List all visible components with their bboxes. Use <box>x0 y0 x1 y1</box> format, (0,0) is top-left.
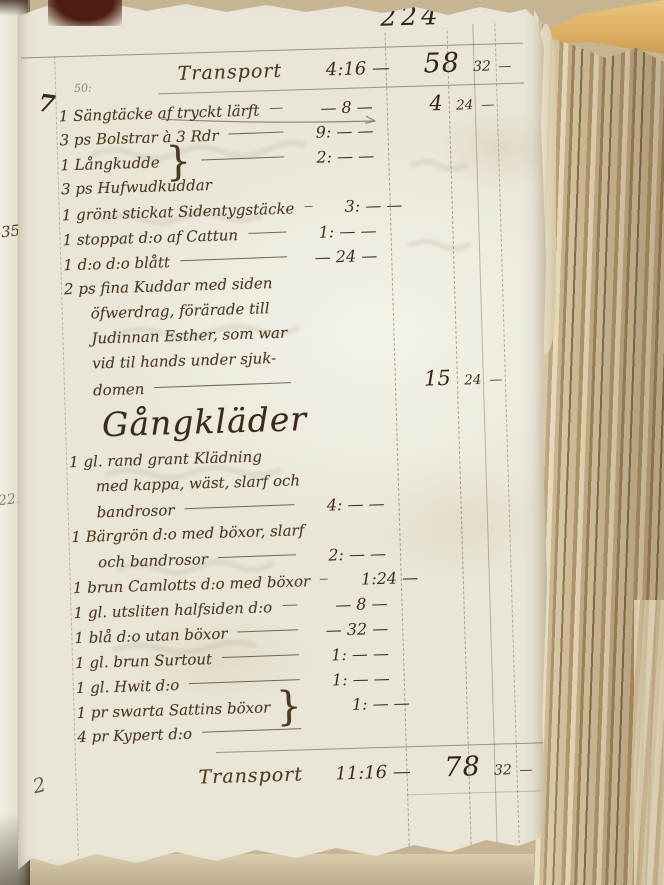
footer-subrule <box>407 790 541 795</box>
total-sk <box>482 207 506 208</box>
total-dash <box>483 306 505 307</box>
total-dash <box>495 729 517 730</box>
total-sk <box>454 133 478 134</box>
leader-line <box>222 181 285 183</box>
margin-pen-mark: 7 <box>37 88 57 119</box>
row-amount: 1: — — <box>305 666 394 694</box>
total-rdr <box>389 507 465 509</box>
total-sk <box>475 331 499 332</box>
row-amount: 1: — — <box>292 218 381 246</box>
leader-line <box>269 108 282 109</box>
row-amount: — 32 — <box>304 616 393 644</box>
total-sk <box>490 705 514 706</box>
total-dash <box>522 579 544 580</box>
total-rdr: 58 <box>393 46 470 82</box>
total-dash: — <box>494 50 517 85</box>
row-amount <box>299 458 387 461</box>
ledger-page: 224 50: 7 2 Transport 4:16 — 58 32 — 1 S… <box>18 0 548 878</box>
total-dash <box>478 157 500 158</box>
transport-label: Transport <box>57 54 282 95</box>
leader-line <box>229 132 284 135</box>
total-rdr: 4 <box>376 91 453 118</box>
page-content: 224 50: 7 2 Transport 4:16 — 58 32 — 1 S… <box>6 0 562 885</box>
row-amount: 9: — — <box>289 118 378 146</box>
total-dash <box>492 605 514 606</box>
total-sk: 32 <box>490 753 515 788</box>
total-sk <box>470 681 494 682</box>
total-dash <box>514 704 536 705</box>
total-sk <box>463 455 487 456</box>
leader-line <box>272 454 293 455</box>
row-amount: 2: — — <box>302 541 391 569</box>
row-amount: 1:24 — <box>334 565 423 593</box>
leader-line <box>320 579 328 580</box>
total-rdr <box>412 480 488 482</box>
total-sk: 32 <box>470 49 495 84</box>
total-rdr: 15 <box>384 366 461 393</box>
binding-shadow <box>0 0 28 16</box>
total-rdr <box>395 730 471 732</box>
total-rdr <box>414 706 490 708</box>
total-dash <box>478 132 500 133</box>
leader-line <box>184 504 294 509</box>
total-rdr <box>394 681 470 683</box>
row-amount: 1: — — <box>325 690 414 718</box>
total-sk <box>455 182 479 183</box>
total-rdr <box>392 631 468 633</box>
total-sk <box>488 479 512 480</box>
total-dash <box>490 555 512 556</box>
row-amount: — 8 — <box>303 591 392 619</box>
ledger-rows: 1 Sängtäcke af tryckt lärft— 8 —424—3 ps… <box>58 89 517 750</box>
leader-line <box>202 728 301 733</box>
manuscript-photo: 35. 22. <box>0 0 664 885</box>
total-dash <box>479 181 501 182</box>
leader-line <box>154 382 291 388</box>
row-amount: 3: — — <box>318 192 407 220</box>
total-dash <box>516 528 538 529</box>
total-rdr <box>381 259 457 261</box>
total-sk <box>466 556 490 557</box>
total-rdr <box>385 283 461 285</box>
row-amount <box>297 387 385 390</box>
total-sk <box>469 656 493 657</box>
total-sk <box>457 233 481 234</box>
total-rdr <box>388 357 464 359</box>
row-amount <box>324 482 412 485</box>
total-sk <box>460 282 484 283</box>
total-sk <box>468 631 492 632</box>
total-dash <box>481 232 503 233</box>
transport-label: Transport <box>78 757 303 798</box>
total-dash <box>487 454 509 455</box>
row-amount <box>300 360 388 363</box>
total-rdr <box>390 556 466 558</box>
total-rdr <box>392 606 468 608</box>
leader-line <box>222 654 299 658</box>
total-sk <box>459 307 483 308</box>
row-amount <box>307 733 395 736</box>
total-dash <box>492 630 514 631</box>
total-sk <box>454 158 478 159</box>
total-rdr <box>383 308 459 310</box>
total-rdr <box>422 581 498 583</box>
total-rdr <box>381 234 457 236</box>
entry-text: domen <box>67 377 145 404</box>
total-rdr <box>393 656 469 658</box>
table-surface <box>0 854 560 885</box>
total-dash <box>506 206 528 207</box>
row-amount <box>295 310 383 313</box>
total-sk <box>464 357 488 358</box>
total-rdr <box>379 183 455 185</box>
total-sk <box>468 606 492 607</box>
total-sk <box>457 258 481 259</box>
row-amount <box>328 532 416 535</box>
binding-shadow <box>48 0 122 26</box>
total-rdr <box>387 456 463 458</box>
row-amount: 1: — — <box>305 641 394 669</box>
row-amount <box>291 185 379 188</box>
total-dash: — <box>485 367 508 393</box>
leader-line <box>304 206 312 207</box>
total-dash <box>499 331 521 332</box>
total-dash <box>489 505 511 506</box>
total-dash <box>512 478 534 479</box>
total-rdr <box>407 208 483 210</box>
total-rdr: 78 <box>414 750 491 786</box>
row-amount: — 24 — <box>293 243 382 271</box>
transport-amount: 11:16 — <box>326 755 415 792</box>
leader-line <box>180 256 287 261</box>
transport-bottom-row: Transport 11:16 — 78 32 — <box>78 749 519 796</box>
leader-line <box>248 232 286 234</box>
corner-pen-mark: 2 <box>30 772 48 798</box>
row-amount <box>311 334 399 337</box>
total-sk <box>498 580 522 581</box>
leader-line <box>218 554 296 558</box>
total-dash <box>494 680 516 681</box>
entry-text: 4 pr Kypert d:o <box>77 722 192 750</box>
transport-amount: 4:16 — <box>306 51 395 88</box>
leader-line <box>201 156 284 160</box>
total-rdr <box>416 530 492 532</box>
total-sk: 24 <box>461 368 486 394</box>
page-number: 224 <box>380 1 443 33</box>
fore-edge-light-pages <box>634 600 664 885</box>
total-rdr <box>378 159 454 161</box>
total-dash <box>488 356 510 357</box>
total-dash: — <box>514 753 537 788</box>
leader-line <box>237 629 298 632</box>
total-dash <box>493 655 515 656</box>
leader-line <box>282 604 297 606</box>
total-rdr <box>378 134 454 136</box>
total-rdr <box>399 332 475 334</box>
total-sk <box>471 730 495 731</box>
total-sk <box>465 506 489 507</box>
total-dash <box>481 257 503 258</box>
total-dash <box>484 281 506 282</box>
row-amount: 4: — — <box>300 491 389 519</box>
total-sk <box>492 529 516 530</box>
row-amount: 2: — — <box>290 143 379 171</box>
row-amount <box>297 285 385 288</box>
prev-page-note: 22. <box>0 491 21 510</box>
